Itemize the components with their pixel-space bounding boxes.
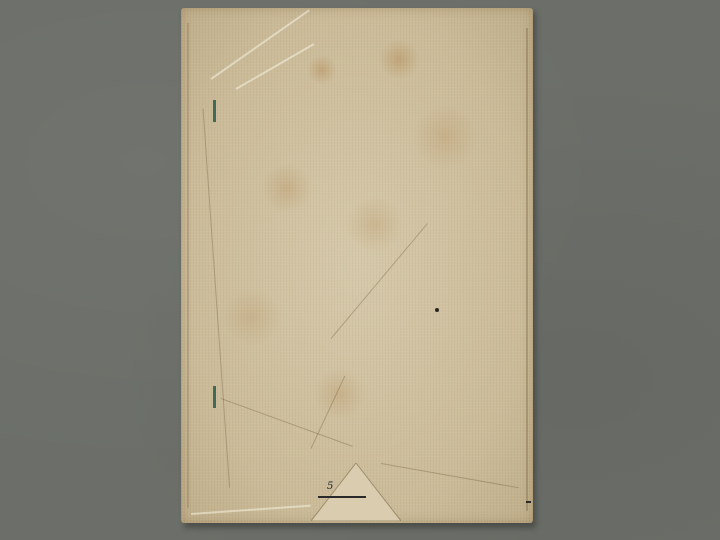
torn-label-tab: [311, 463, 401, 521]
torn-flap-icon: [311, 463, 401, 521]
green-thread-mark: [213, 100, 216, 122]
handwritten-number: 5: [327, 481, 333, 492]
book-cover: 5: [181, 8, 533, 523]
crease: [203, 108, 231, 487]
crease: [210, 9, 309, 79]
ink-line: [318, 496, 366, 498]
crease: [236, 43, 315, 90]
spine-edge: [187, 23, 189, 508]
green-thread-mark: [213, 386, 216, 408]
ink-spot: [435, 308, 439, 312]
crease: [331, 223, 428, 339]
fore-edge: [526, 28, 528, 511]
crease: [221, 398, 353, 447]
crease: [381, 463, 519, 488]
crease: [191, 505, 311, 515]
ink-tick: [526, 501, 531, 503]
